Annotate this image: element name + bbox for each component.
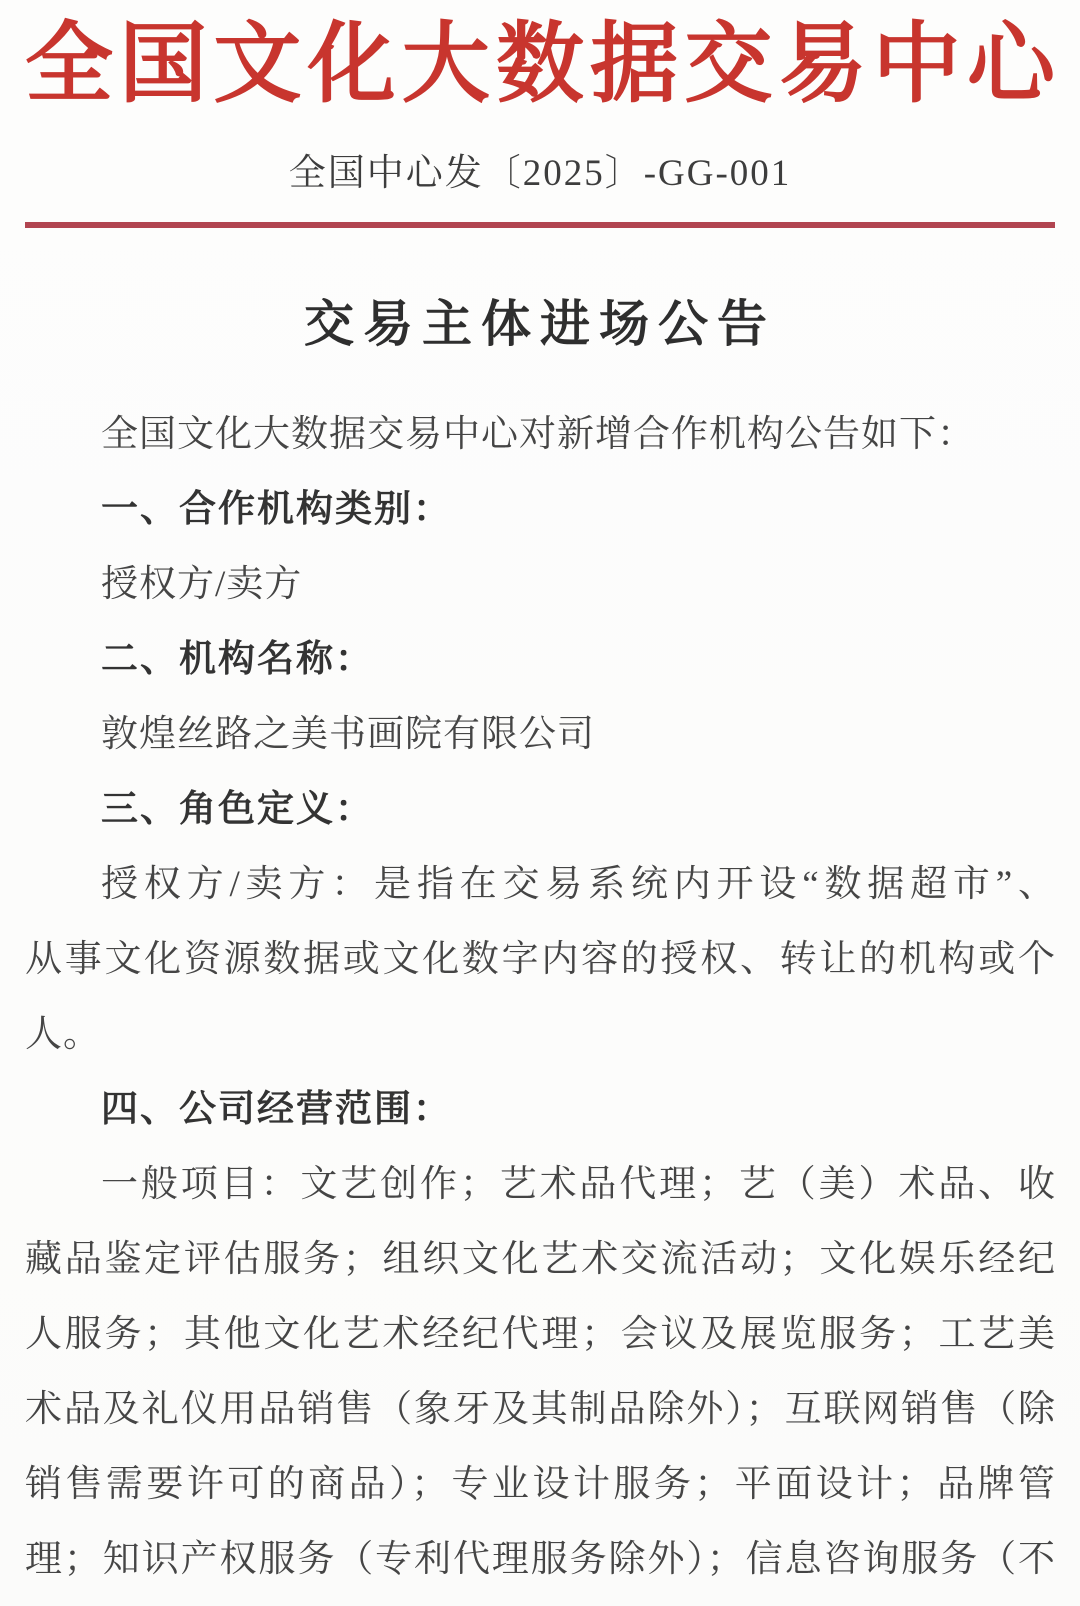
red-divider xyxy=(25,222,1055,228)
section-3-line: 授权方/卖方：是指在交易系统内开设“数据超市”、 xyxy=(25,847,1055,922)
section-2-heading: 二、机构名称： xyxy=(25,622,1055,697)
section-1-line: 授权方/卖方 xyxy=(25,547,1055,622)
section-4-line: 一般项目：文艺创作；艺术品代理；艺（美）术品、收 xyxy=(25,1147,1055,1222)
announcement-document: 全国文化大数据交易中心 全国中心发〔2025〕-GG-001 交易主体进场公告 … xyxy=(0,0,1080,1606)
section-4-heading: 四、公司经营范围： xyxy=(25,1072,1055,1147)
section-4-line: 理；知识产权服务（专利代理服务除外）；信息咨询服务（不 xyxy=(25,1522,1055,1597)
section-3-heading: 三、角色定义： xyxy=(25,772,1055,847)
section-4-line: 术品及礼仪用品销售（象牙及其制品除外）；互联网销售（除 xyxy=(25,1372,1055,1447)
org-title: 全国文化大数据交易中心 xyxy=(25,10,1055,122)
section-2-line: 敦煌丝路之美书画院有限公司 xyxy=(25,697,1055,772)
section-1-heading: 一、合作机构类别： xyxy=(25,472,1055,547)
section-3-line: 从事文化资源数据或文化数字内容的授权、转让的机构或个 xyxy=(25,922,1055,997)
section-4-line: 藏品鉴定评估服务；组织文化艺术交流活动；文化娱乐经纪 xyxy=(25,1222,1055,1297)
section-4-line: 销售需要许可的商品）；专业设计服务；平面设计；品牌管 xyxy=(25,1447,1055,1522)
doc-number: 全国中心发〔2025〕-GG-001 xyxy=(25,152,1055,196)
intro-paragraph: 全国文化大数据交易中心对新增合作机构公告如下： xyxy=(25,397,1055,472)
section-4-line: 人服务；其他文化艺术经纪代理；会议及展览服务；工艺美 xyxy=(25,1297,1055,1372)
doc-title: 交易主体进场公告 xyxy=(25,294,1055,354)
document-body: 全国文化大数据交易中心对新增合作机构公告如下： 一、合作机构类别： 授权方/卖方… xyxy=(25,397,1055,1597)
section-3-line: 人。 xyxy=(25,997,1055,1072)
